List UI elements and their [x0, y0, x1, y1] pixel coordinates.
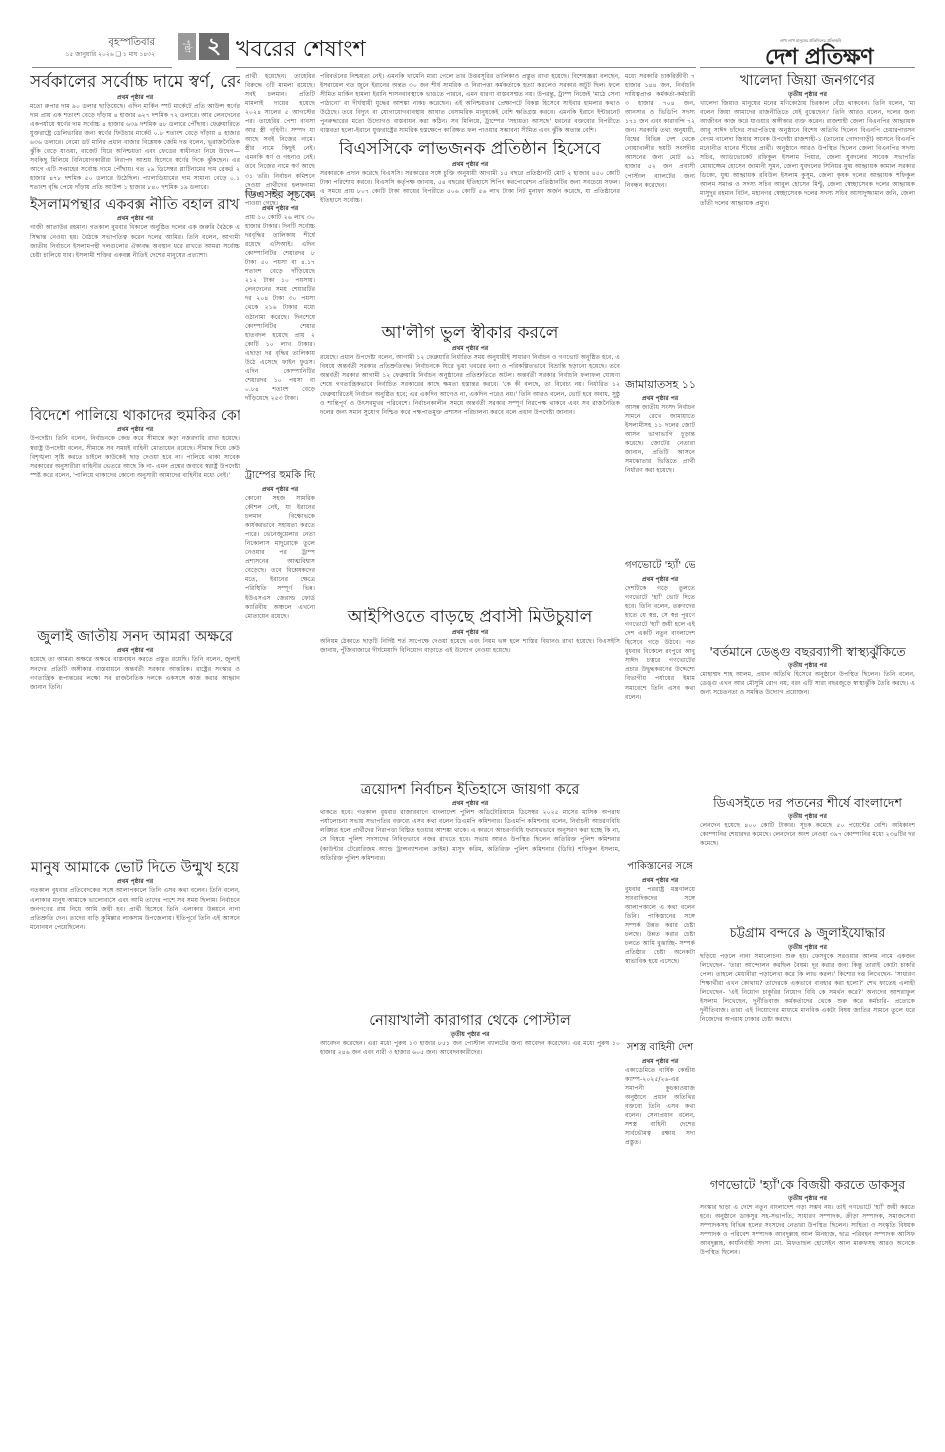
jump-line: প্রথম পৃষ্ঠার পর: [30, 214, 240, 223]
jump-line: প্রথম পৃষ্ঠার পর: [320, 628, 620, 637]
column-1: সর্বকালের সর্বোচ্চ দামে স্বর্ণ, রেকর্ড গ…: [30, 72, 240, 1417]
story-body: ছড়িয়ে পড়লে নানা সমালোচনা শুরু হয়। ফে…: [700, 952, 915, 1172]
section-title: খবরের শেষাংশ: [236, 32, 366, 69]
headline[interactable]: সর্বকালের সর্বোচ্চ দামে স্বর্ণ, রেকর্ড গ…: [30, 72, 240, 93]
page-label: পৃষ্ঠা: [178, 33, 196, 60]
story-trump: ট্রাম্পের হুমকি দিলেও প্রথম পৃষ্ঠার পর ক…: [245, 467, 315, 621]
headline[interactable]: জামায়াতসহ ১১: [625, 376, 695, 394]
jump-line: প্রথম পৃষ্ঠার পর: [30, 877, 240, 886]
story-ctg: চট্টগ্রাম বন্দরে ৯ জুলাইযোদ্ধার তৃতীয় প…: [700, 925, 915, 1172]
jump-line: প্রথম পৃষ্ঠার পর: [30, 425, 240, 434]
story-body: উপদেষ্টা। তিনি বলেন, নির্বাচনকে কেন্দ্র …: [30, 434, 240, 624]
story-body: বুধবার পররাষ্ট্র মন্ত্রণালয়ে সাংবাদিকদে…: [625, 885, 695, 1035]
page-number: ২: [199, 33, 229, 60]
headline[interactable]: বিদেশে পালিয়ে থাকাদের হুমকির কোনো: [30, 407, 240, 425]
story-awami: আ'লীগ ভুল স্বীকার করলে প্রথম পৃষ্ঠার পর …: [320, 323, 620, 603]
jump-line: প্রথম পৃষ্ঠার পর: [30, 646, 240, 655]
jump-line: প্রথম পৃষ্ঠার পর: [625, 1057, 695, 1066]
story-body: প্রায় ১০ কোটি ২৬ লাখ ৩০ হাজার টাকার। দি…: [245, 213, 315, 463]
story-july: জুলাই জাতীয় সনদ আমরা অক্ষরে প্রথম পৃষ্ঠ…: [30, 628, 240, 855]
story-ipo: আইপিওতে বাড়ছে প্রবাসী মিউচুয়াল প্রথম প…: [320, 607, 620, 777]
jump-line: তৃতীয় পৃষ্ঠার পর: [700, 90, 915, 99]
headline[interactable]: ডিএসইতে দর পতনের শীর্ষে বাংলাদেশ: [700, 794, 915, 812]
story-iran: পরিবর্তনের নিশ্চয়তা নেই। এমনকি খামেনি ম…: [320, 72, 620, 135]
jump-line: প্রথম পৃষ্ঠার পর: [320, 160, 620, 169]
story-noakhali: নোয়াখালী কারাগার থেকে পোস্টাল তৃতীয় পৃ…: [320, 1012, 620, 1057]
jump-line: প্রথম পৃষ্ঠার পর: [320, 344, 620, 353]
jump-line: প্রথম পৃষ্ঠার পর: [245, 485, 315, 494]
story-body: থাকতে হবে। গতকাল বুধবার রাজারবাগে বাংলাদ…: [320, 808, 620, 1008]
jump-line: তৃতীয় পৃষ্ঠার পর: [700, 1194, 915, 1203]
story-body: লেনদেন হয়েছে ৪০০ কোটি টাকার। সূচক কমেছে…: [700, 821, 915, 921]
headline[interactable]: নোয়াখালী কারাগার থেকে পোস্টাল: [320, 1012, 620, 1030]
headline[interactable]: ত্রয়োদশ নির্বাচন ইতিহাসে জায়গা করে: [320, 781, 620, 799]
headline[interactable]: গণভোটে 'হ্যাঁ'কে বিজয়ী করতে ডাকসুর: [700, 1176, 915, 1194]
story-body: অনিয়ম ঠেকাতে ছাড়টি নির্দিষ্ট শর্ত সাপে…: [320, 637, 620, 777]
jump-line: তৃতীয় পৃষ্ঠার পর: [700, 812, 915, 821]
story-pakistan: পাকিস্তানের সঙ্গে প্রথম পৃষ্ঠার পর বুধবা…: [625, 858, 695, 1035]
jump-line: প্রথম পৃষ্ঠার পর: [30, 93, 240, 102]
story-jamaat: জামায়াতসহ ১১ প্রথম পৃষ্ঠার পর আসন্ন জাত…: [625, 376, 695, 553]
story-gold: সর্বকালের সর্বোচ্চ দামে স্বর্ণ, রেকর্ড গ…: [30, 72, 240, 192]
story-body: রয়েছে। প্রধান উপদেষ্টা বলেন, আগামী ১২ ফ…: [320, 353, 620, 603]
jump-line: তৃতীয় পৃষ্ঠার পর: [320, 1030, 620, 1039]
story-body: আসন্ন জাতীয় সংসদ নির্বাচন সামনে রেখে জা…: [625, 403, 695, 553]
jump-line: তৃতীয় পৃষ্ঠার পর: [700, 943, 915, 952]
story-body: কোনো সহজ সামরিক কৌশল নেই, যা ইরানের চলমা…: [245, 494, 315, 621]
jump-line: প্রথম পৃষ্ঠার পর: [320, 799, 620, 808]
story-body: হয়েছে তা আমরা অক্ষরে অক্ষরে বাস্তবায়ন …: [30, 655, 240, 855]
story-body: খালেদা জিয়াও মানুষের মনের মণিকোঠায় চির…: [700, 99, 915, 639]
column-3: পরিবর্তনের নিশ্চয়তা নেই। এমনকি খামেনি ম…: [320, 72, 620, 1417]
jump-line: প্রথম পৃষ্ঠার পর: [625, 394, 695, 403]
story-islamist: ইসলামপন্থার একবক্স নীতি বহাল রাখতে প্রথম…: [30, 196, 240, 403]
divider: [236, 67, 696, 68]
headline[interactable]: জুলাই জাতীয় সনদ আমরা অক্ষরে: [30, 628, 240, 646]
story-khaleda: খালেদা জিয়া জনগণের তৃতীয় পৃষ্ঠার পর খা…: [700, 72, 915, 639]
headline[interactable]: 'বর্তমানে ডেঙ্গু বছরব্যাপী স্বাস্থ্যঝুঁক…: [700, 643, 915, 661]
jump-line: প্রথম পৃষ্ঠার পর: [625, 575, 695, 584]
story-body: একাডেমিতে বার্ষিক কেন্দ্রীয় ক্যাম্প-২০২…: [625, 1066, 695, 1147]
story-body: সরকারকে প্রদান করেছে বিএসসি। সরকারের সঙ্…: [320, 169, 620, 319]
story-dengue: 'বর্তমানে ডেঙ্গু বছরব্যাপী স্বাস্থ্যঝুঁক…: [700, 643, 915, 790]
headline[interactable]: ইসলামপন্থার একবক্স নীতি বহাল রাখতে: [30, 196, 240, 214]
story-dse-world: ডিএসইতে দর পতনের শীর্ষে বাংলাদেশ তৃতীয় …: [700, 794, 915, 921]
story-body: মতো রুপার দাম ৯০ ডলার ছাড়িয়েছে। এদিন ম…: [30, 102, 240, 192]
headline[interactable]: চট্টগ্রাম বন্দরে ৯ জুলাইযোদ্ধার: [700, 925, 915, 943]
story-ducsu: গণভোটে 'হ্যাঁ'কে বিজয়ী করতে ডাকসুর তৃতী…: [700, 1176, 915, 1257]
story-referendum: গণভোটে 'হ্যাঁ' ভোট প্রথম পৃষ্ঠার পর দেশট…: [625, 557, 695, 854]
column-2: প্রার্থী হয়েছেন। তাহেরির বিরুদ্ধে ৩টি ম…: [245, 72, 315, 1417]
story-body: মধ্যে সরকারি চাকরিজীবী ৭ হাজার ১৪৪ জন, ন…: [625, 72, 695, 372]
headline[interactable]: পাকিস্তানের সঙ্গে: [625, 858, 695, 876]
headline[interactable]: সশস্ত্র বাহিনী দেশ: [625, 1039, 695, 1057]
story-body: দেশটিকে গড়ে তুলতে গণভোটে 'হ্যাঁ' ভোট দি…: [625, 584, 695, 854]
story-body: গাজী আতাউর রহমান। গতকাল বুধবার বিকালে অন…: [30, 223, 240, 403]
story-election: ত্রয়োদশ নির্বাচন ইতিহাসে জায়গা করে প্র…: [320, 781, 620, 1008]
headline[interactable]: গণভোটে 'হ্যাঁ' ভোট: [625, 557, 695, 575]
masthead-date: ১৫ জানুয়ারি ২০২৬ ❑ ১ মাঘ ১৪৩২: [30, 49, 155, 60]
story-body: প্রার্থী হয়েছেন। তাহেরির বিরুদ্ধে ৩টি ম…: [245, 72, 315, 182]
story-fugitives: বিদেশে পালিয়ে থাকাদের হুমকির কোনো প্রথম…: [30, 407, 240, 624]
story-body: গতকাল বুধবার প্রতিবেদকের সঙ্গে আলাপকালে …: [30, 886, 240, 931]
headline[interactable]: আ'লীগ ভুল স্বীকার করলে: [320, 323, 620, 344]
headline[interactable]: মানুষ আমাকে ভোট দিতে উন্মুখ হয়ে: [30, 859, 240, 877]
headline[interactable]: ডিএসইর সূচকের: [245, 186, 315, 204]
column-4: মধ্যে সরকারি চাকরিজীবী ৭ হাজার ১৪৪ জন, ন…: [625, 72, 695, 1417]
story-body: সংস্কার ছাড়া এ দেশে নতুন বাংলাদেশ গড়া …: [700, 1203, 915, 1257]
story-body: আবেদন করেছেন। এরা মধ্যে পুরুষ ১৩ হাজার ৮…: [320, 1039, 620, 1057]
jump-line: প্রথম পৃষ্ঠার পর: [625, 876, 695, 885]
story-jobs: মধ্যে সরকারি চাকরিজীবী ৭ হাজার ১৪৪ জন, ন…: [625, 72, 695, 372]
headline[interactable]: ট্রাম্পের হুমকি দিলেও: [245, 467, 315, 485]
jump-line: তৃতীয় পৃষ্ঠার পর: [700, 661, 915, 670]
story-body: মোহাম্মদ শাহ আলম, প্রধান অতিথি হিসেবে অন…: [700, 670, 915, 790]
divider: [700, 67, 915, 68]
headline[interactable]: খালেদা জিয়া জনগণের: [700, 72, 915, 90]
column-5: খালেদা জিয়া জনগণের তৃতীয় পৃষ্ঠার পর খা…: [700, 72, 915, 1417]
story-candidate: প্রার্থী হয়েছেন। তাহেরির বিরুদ্ধে ৩টি ম…: [245, 72, 315, 182]
headline[interactable]: বিএসসিকে লাভজনক প্রতিষ্ঠান হিসেবে: [320, 139, 620, 160]
headline[interactable]: আইপিওতে বাড়ছে প্রবাসী মিউচুয়াল: [320, 607, 620, 628]
story-bsec: বিএসসিকে লাভজনক প্রতিষ্ঠান হিসেবে প্রথম …: [320, 139, 620, 319]
story-dse: ডিএসইর সূচকের প্রথম পৃষ্ঠার পর প্রায় ১০…: [245, 186, 315, 463]
story-armed-forces: সশস্ত্র বাহিনী দেশ প্রথম পৃষ্ঠার পর একাড…: [625, 1039, 695, 1147]
divider: [32, 67, 172, 68]
masthead: বৃহস্পতিবার ১৫ জানুয়ারি ২০২৬ ❑ ১ মাঘ ১৪…: [0, 0, 945, 60]
story-vote: মানুষ আমাকে ভোট দিতে উন্মুখ হয়ে প্রথম প…: [30, 859, 240, 931]
story-body: পরিবর্তনের নিশ্চয়তা নেই। এমনকি খামেনি ম…: [320, 72, 620, 135]
